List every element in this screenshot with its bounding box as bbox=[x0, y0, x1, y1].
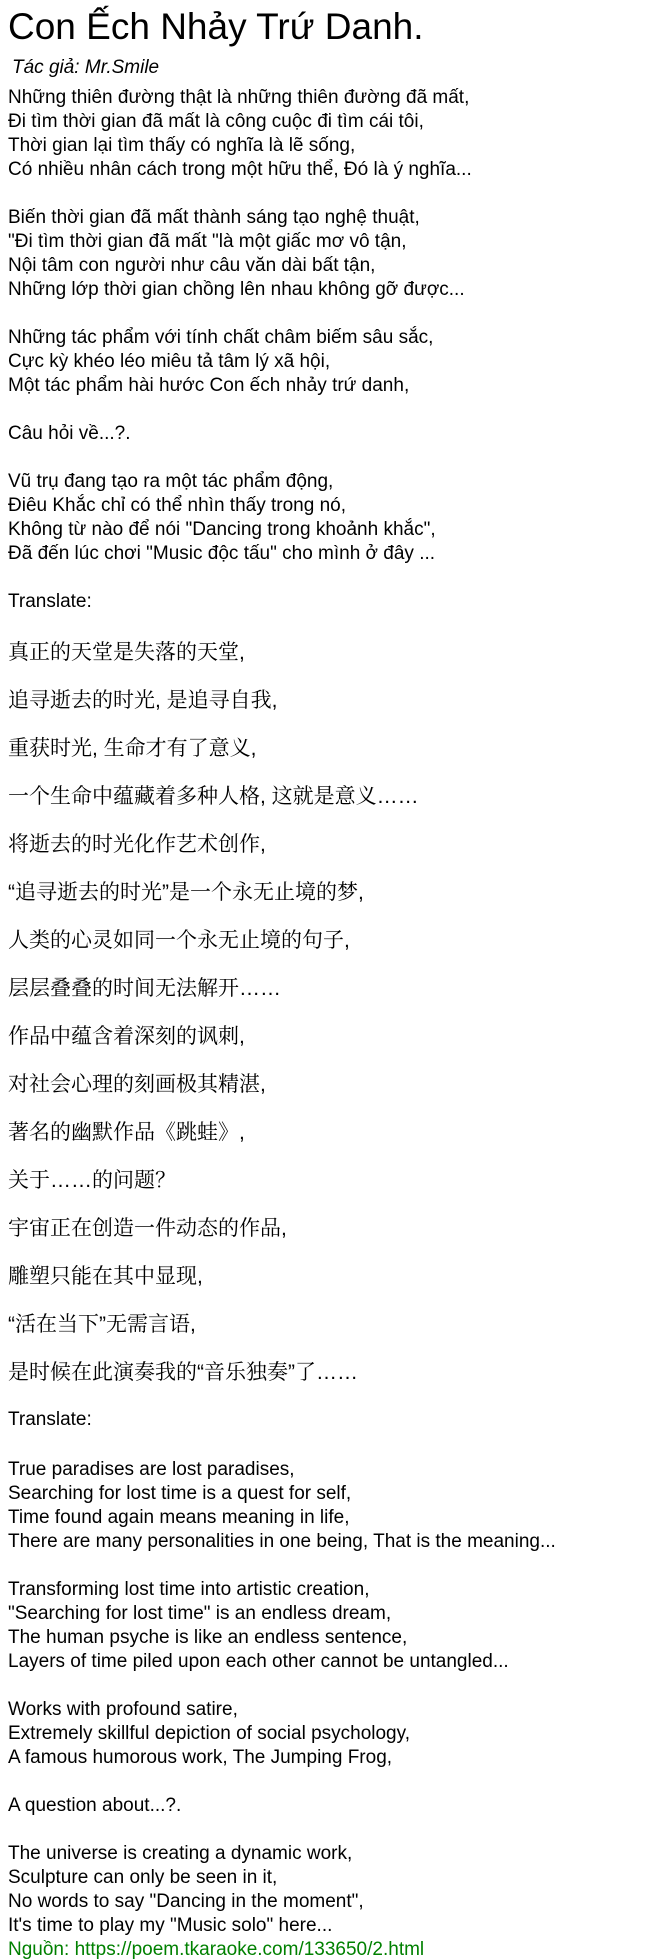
poem-line: 真正的天堂是失落的天堂, bbox=[8, 640, 639, 666]
poem-line: Một tác phẩm hài hước Con ếch nhảy trứ d… bbox=[8, 374, 639, 398]
poem-line: The universe is creating a dynamic work, bbox=[8, 1842, 639, 1866]
poem-line: Những tác phẩm với tính chất châm biếm s… bbox=[8, 326, 639, 350]
poem-line: Đi tìm thời gian đã mất là công cuộc đi … bbox=[8, 110, 639, 134]
poem-page: Con Ếch Nhảy Trứ Danh. Tác giả: Mr.Smile… bbox=[0, 0, 647, 1960]
poem-line: It's time to play my "Music solo" here..… bbox=[8, 1914, 639, 1938]
stanza: Biến thời gian đã mất thành sáng tạo ngh… bbox=[8, 206, 639, 302]
poem-line: There are many personalities in one bein… bbox=[8, 1530, 639, 1554]
poem-line: 追寻逝去的时光, 是追寻自我, bbox=[8, 688, 639, 714]
poem-line: 重获时光, 生命才有了意义, bbox=[8, 736, 639, 762]
poem-line: Điêu Khắc chỉ có thể nhìn thấy trong nó, bbox=[8, 494, 639, 518]
poem-line: “追寻逝去的时光”是一个永无止境的梦, bbox=[8, 880, 639, 906]
poem-line: Searching for lost time is a quest for s… bbox=[8, 1482, 639, 1506]
poem-line: "Đi tìm thời gian đã mất "là một giấc mơ… bbox=[8, 230, 639, 254]
stanza: Vũ trụ đang tạo ra một tác phẩm động,Điê… bbox=[8, 470, 639, 566]
stanza: Transforming lost time into artistic cre… bbox=[8, 1578, 639, 1674]
poem-line: 对社会心理的刻画极其精湛, bbox=[8, 1072, 639, 1098]
source-link[interactable]: https://poem.tkaraoke.com/133650/2.html bbox=[75, 1939, 425, 1960]
poem-line: 宇宙正在创造一件动态的作品, bbox=[8, 1216, 639, 1242]
poem-line: 雕塑只能在其中显现, bbox=[8, 1264, 639, 1290]
poem-line: Câu hỏi về...?. bbox=[8, 422, 639, 446]
vietnamese-poem-section: Những thiên đường thật là những thiên đư… bbox=[8, 86, 639, 566]
stanza: Những thiên đường thật là những thiên đư… bbox=[8, 86, 639, 182]
poem-line: Sculpture can only be seen in it, bbox=[8, 1866, 639, 1890]
stanza: A question about...?. bbox=[8, 1794, 639, 1818]
poem-line: Có nhiều nhân cách trong một hữu thể, Đó… bbox=[8, 158, 639, 182]
poem-line: Extremely skillful depiction of social p… bbox=[8, 1722, 639, 1746]
poem-line: 层层叠叠的时间无法解开…… bbox=[8, 976, 639, 1002]
poem-line: Cực kỳ khéo léo miêu tả tâm lý xã hội, bbox=[8, 350, 639, 374]
poem-line: Những thiên đường thật là những thiên đư… bbox=[8, 86, 639, 110]
poem-line: 著名的幽默作品《跳蛙》, bbox=[8, 1120, 639, 1146]
poem-line: A question about...?. bbox=[8, 1794, 639, 1818]
english-translation-section: True paradises are lost paradises,Search… bbox=[8, 1458, 639, 1938]
poem-line: No words to say "Dancing in the moment", bbox=[8, 1890, 639, 1914]
translate-heading-english: Translate: bbox=[8, 1408, 639, 1432]
poem-line: The human psyche is like an endless sent… bbox=[8, 1626, 639, 1650]
page-title: Con Ếch Nhảy Trứ Danh. bbox=[8, 5, 639, 49]
poem-line: 人类的心灵如同一个永无止境的句子, bbox=[8, 928, 639, 954]
poem-line: 作品中蕴含着深刻的讽刺, bbox=[8, 1024, 639, 1050]
poem-line: Layers of time piled upon each other can… bbox=[8, 1650, 639, 1674]
poem-line: Time found again means meaning in life, bbox=[8, 1506, 639, 1530]
poem-line: Nội tâm con người như câu văn dài bất tậ… bbox=[8, 254, 639, 278]
poem-line: True paradises are lost paradises, bbox=[8, 1458, 639, 1482]
poem-line: Biến thời gian đã mất thành sáng tạo ngh… bbox=[8, 206, 639, 230]
poem-line: 是时候在此演奏我的“音乐独奏”了…… bbox=[8, 1360, 639, 1386]
translate-heading-chinese: Translate: bbox=[8, 590, 639, 614]
stanza: Những tác phẩm với tính chất châm biếm s… bbox=[8, 326, 639, 398]
poem-line: Không từ nào để nói "Dancing trong khoản… bbox=[8, 518, 639, 542]
poem-line: Vũ trụ đang tạo ra một tác phẩm động, bbox=[8, 470, 639, 494]
poem-line: Đã đến lúc chơi "Music độc tấu" cho mình… bbox=[8, 542, 639, 566]
poem-line: 将逝去的时光化作艺术创作, bbox=[8, 832, 639, 858]
source-line: Nguồn: https://poem.tkaraoke.com/133650/… bbox=[8, 1940, 639, 1960]
author-line: Tác giả: Mr.Smile bbox=[12, 56, 639, 80]
poem-line: A famous humorous work, The Jumping Frog… bbox=[8, 1746, 639, 1770]
stanza: The universe is creating a dynamic work,… bbox=[8, 1842, 639, 1938]
poem-line: Transforming lost time into artistic cre… bbox=[8, 1578, 639, 1602]
stanza: Câu hỏi về...?. bbox=[8, 422, 639, 446]
stanza: True paradises are lost paradises,Search… bbox=[8, 1458, 639, 1554]
source-label: Nguồn: bbox=[8, 1939, 69, 1960]
poem-line: Những lớp thời gian chồng lên nhau không… bbox=[8, 278, 639, 302]
chinese-translation-section: 真正的天堂是失落的天堂,追寻逝去的时光, 是追寻自我,重获时光, 生命才有了意义… bbox=[8, 640, 639, 1386]
poem-line: 一个生命中蕴藏着多种人格, 这就是意义…… bbox=[8, 784, 639, 810]
poem-line: Thời gian lại tìm thấy có nghĩa là lẽ số… bbox=[8, 134, 639, 158]
stanza: Works with profound satire,Extremely ski… bbox=[8, 1698, 639, 1770]
poem-line: “活在当下”无需言语, bbox=[8, 1312, 639, 1338]
poem-line: "Searching for lost time" is an endless … bbox=[8, 1602, 639, 1626]
poem-line: 关于……的问题？ bbox=[8, 1168, 639, 1194]
poem-line: Works with profound satire, bbox=[8, 1698, 639, 1722]
